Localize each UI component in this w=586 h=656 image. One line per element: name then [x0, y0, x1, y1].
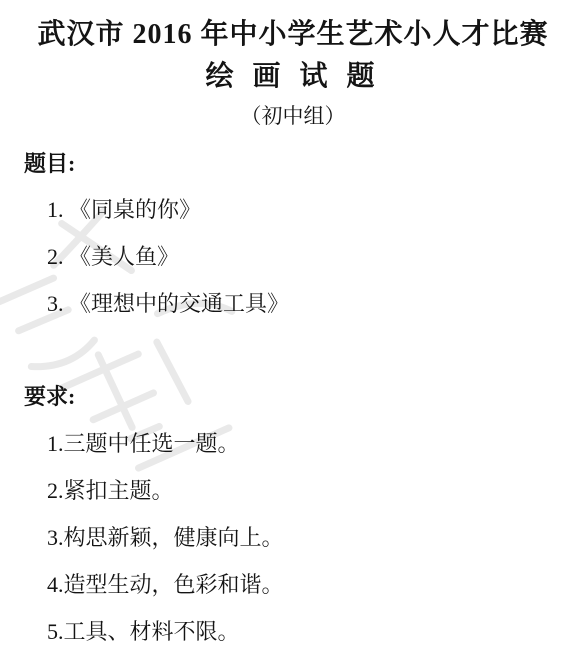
- topic-item-1: 1. 《同桌的你》: [47, 196, 586, 224]
- document-content: 武汉市 2016 年中小学生艺术小人才比赛 绘 画 试 题 （初中组） 题目: …: [0, 18, 586, 646]
- requirement-item-4: 4.造型生动，色彩和谐。: [47, 571, 586, 599]
- topic-item-3: 3. 《理想中的交通工具》: [47, 290, 586, 318]
- exam-paper-page: 武汉市 2016 年中小学生艺术小人才比赛 绘 画 试 题 （初中组） 题目: …: [0, 0, 586, 656]
- page-subtitle: 绘 画 试 题: [0, 60, 586, 94]
- requirement-item-5: 5.工具、材料不限。: [47, 618, 586, 646]
- requirement-item-3: 3.构思新颖，健康向上。: [47, 524, 586, 552]
- requirement-item-2: 2.紧扣主题。: [47, 477, 586, 505]
- group-label: （初中组）: [0, 103, 586, 129]
- page-title: 武汉市 2016 年中小学生艺术小人才比赛: [10, 18, 576, 52]
- topics-section-label: 题目:: [24, 150, 586, 178]
- topic-item-2: 2. 《美人鱼》: [47, 243, 586, 271]
- requirement-item-1: 1.三题中任选一题。: [47, 430, 586, 458]
- requirements-section-label: 要求:: [24, 383, 586, 411]
